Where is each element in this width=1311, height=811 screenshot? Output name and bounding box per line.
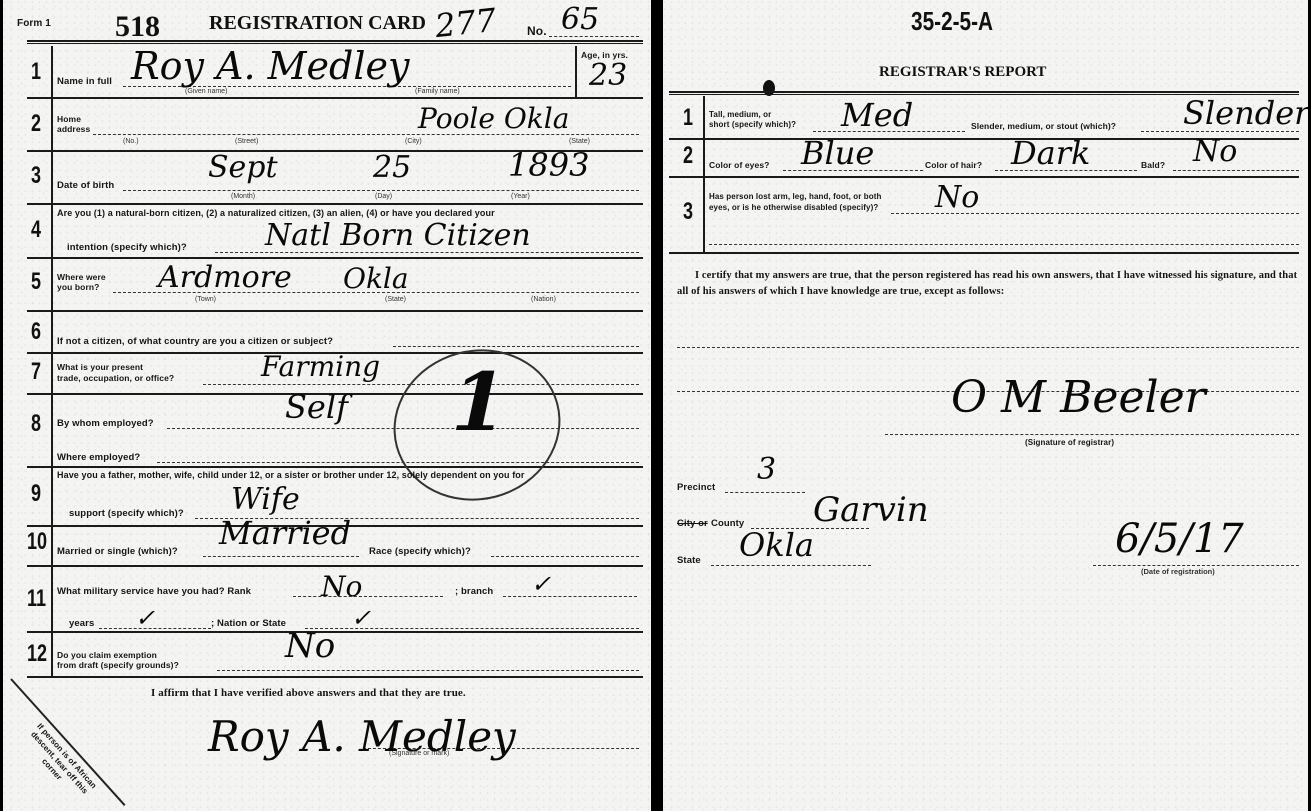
row-number: 9 [31,480,41,508]
marital-answer: Married [219,514,351,552]
card-title: REGISTRATION CARD [209,12,426,35]
row-number: 3 [31,162,41,190]
dob-month: Sept [208,150,278,185]
caption: (Town) [195,296,216,303]
row-number: 3 [683,198,693,226]
form-label: Form 1 [17,18,51,29]
birthplace-state: Okla [343,262,409,295]
prompt: support (specify which)? [69,508,184,519]
caption: (Street) [235,138,258,145]
no-label: No. [527,24,547,38]
branch-answer: ✓ [531,570,551,598]
registrar-caption: (Signature of registrar) [1025,438,1114,447]
disability-answer: No [935,180,979,215]
prompt: Are you (1) a natural-born citizen, (2) … [57,208,495,218]
prompt: What military service have you had? Rank [57,586,251,597]
row-number: 1 [683,104,693,132]
row-number: 2 [683,142,693,170]
name-label: Name in full [57,76,112,87]
eye-color-answer: Blue [801,134,874,172]
row-number: 2 [31,110,41,138]
row-number: 11 [27,585,46,613]
registrar-signature: O M Beeler [951,372,1206,423]
date-caption: (Date of registration) [1141,567,1215,576]
birthplace-town: Ardmore [158,260,292,295]
prompt: short (specify which)? [709,120,796,129]
caption: (Month) [231,193,255,200]
prompt: By whom employed? [57,418,154,429]
dob-day: 25 [373,150,411,185]
caption: (Day) [375,193,392,200]
prompt: Race (specify which)? [369,546,471,557]
state-label: State [677,555,701,566]
build-answer: Slender [1183,94,1308,132]
certification-text: I certify that my answers are true, that… [677,268,1301,300]
address-answer: Poole Okla [418,102,569,135]
bald-answer: No [1193,134,1237,169]
prompt: Color of eyes? [709,160,769,170]
row-number: 8 [31,410,41,438]
row-number: 5 [31,268,41,296]
prompt: What is your present [57,362,143,372]
prompt: Color of hair? [925,160,982,170]
occupation-answer: Farming [261,350,380,383]
name-answer: Roy A. Medley [131,44,409,88]
prompt: address [57,124,90,134]
prompt: If not a citizen, of what country are yo… [57,336,333,347]
prompt: Married or single (which)? [57,546,178,557]
prompt: ; Nation or State [211,618,286,629]
employer-answer: Self [285,388,348,426]
row-number: 12 [27,640,47,668]
registrant-signature: Roy A. Medley [208,712,516,761]
precinct-label: Precinct [677,482,715,493]
prompt: trade, occupation, or office? [57,373,174,383]
exemption-answer: No [285,626,335,666]
file-code: 35-2-5-A [911,6,993,37]
prompt: eyes, or is he otherwise disabled (speci… [709,203,878,212]
dob-year: 1893 [508,146,589,184]
prompt: ; branch [455,586,493,597]
row-number: 10 [27,528,47,556]
row-number: 1 [31,58,41,86]
hair-color-answer: Dark [1011,134,1090,172]
prompt: years [69,618,94,629]
caption: (Year) [511,193,530,200]
prompt: Have you a father, mother, wife, child u… [57,470,525,480]
height-answer: Med [841,96,913,134]
registration-card-back: 35-2-5-A REGISTRAR'S REPORT 1 Tall, medi… [663,0,1308,811]
caption: (State) [385,296,406,303]
dependent-answer: Wife [231,482,300,517]
row-number: 7 [31,358,41,386]
row-number: 6 [31,318,41,346]
card-number: 65 [561,2,599,37]
registration-card-front: Form 1 518 REGISTRATION CARD 277 No. 65 … [3,0,651,811]
caption: (Nation) [531,296,556,303]
row-number: 4 [31,216,41,244]
affirmation-text: I affirm that I have verified above answ… [151,687,466,699]
rank-answer: No [321,570,362,603]
prompt: Tall, medium, or [709,110,771,119]
state-value: Okla [739,526,814,564]
prompt: Has person lost arm, leg, hand, foot, or… [709,192,882,201]
caption: (Given name) [185,88,227,95]
years-answer: ✓ [135,604,155,632]
county-label-struck: City or [677,518,708,529]
report-title: REGISTRAR'S REPORT [879,64,1046,81]
caption: (Family name) [415,88,460,95]
prompt: from draft (specify grounds)? [57,660,179,670]
registration-date: 6/5/17 [1115,516,1244,562]
caption: (City) [405,138,422,145]
prompt: Slender, medium, or stout (which)? [971,121,1116,131]
caption: (State) [569,138,590,145]
precinct-value: 3 [757,452,776,487]
serial-stamp: 518 [115,10,160,44]
prompt: Home [57,114,81,124]
prompt: Where were [57,272,106,282]
county-value: Garvin [813,490,929,530]
dob-label: Date of birth [57,180,114,191]
prompt: Where employed? [57,452,140,463]
overwrite-number: 277 [433,1,498,45]
caption: (No.) [123,138,139,145]
prompt: Bald? [1141,160,1165,170]
citizenship-answer: Natl Born Citizen [265,218,531,253]
prompt: Do you claim exemption [57,650,157,660]
prompt: you born? [57,282,99,292]
prompt: intention (specify which)? [67,242,187,253]
nation-answer: ✓ [351,604,371,632]
age-value: 23 [589,58,627,93]
